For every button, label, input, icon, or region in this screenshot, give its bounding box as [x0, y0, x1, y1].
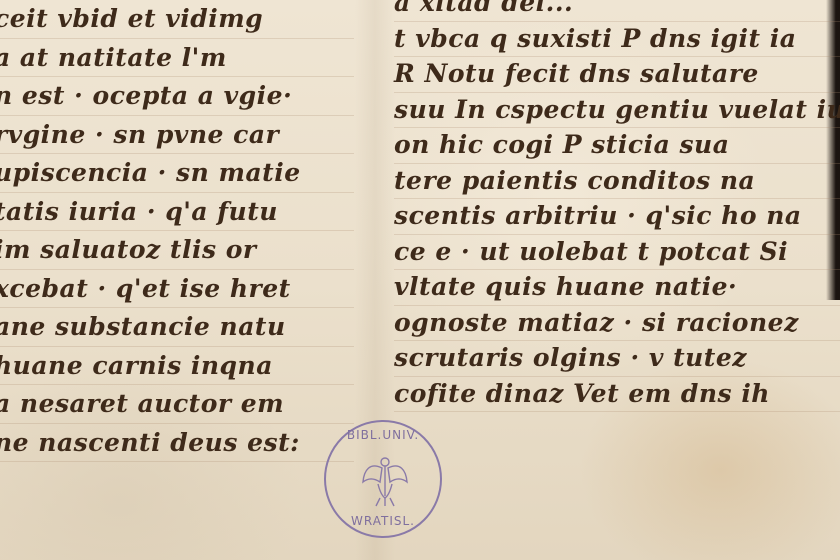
- library-stamp: BIBL.UNIV. WRATISL.: [324, 420, 442, 538]
- manuscript-line: cofite dinaz Vet em dns ih: [394, 377, 840, 413]
- manuscript-line: ognoste matiaz · si racionez: [394, 306, 840, 342]
- manuscript-line: a nesaret auctor em: [0, 385, 354, 424]
- manuscript-line: a xitad dei...: [394, 0, 840, 22]
- manuscript-line: ane substancie natu: [0, 308, 354, 347]
- manuscript-line: scentis arbitriu · q'sic ho na: [394, 199, 840, 235]
- manuscript-line: R Notu fecit dns salutare: [394, 57, 840, 93]
- manuscript-line: n est · ocepta a vgie·: [0, 77, 354, 116]
- left-text-column: ceit vbid et vidimg a at natitate l'm n …: [0, 0, 354, 462]
- manuscript-line: im saluatoz tlis or: [0, 231, 354, 270]
- manuscript-line: t vbca q suxisti P dns igit ia: [394, 22, 840, 58]
- manuscript-line: vltate quis huane natie·: [394, 270, 840, 306]
- stamp-bottom-text: WRATISL.: [326, 514, 440, 528]
- manuscript-line: a at natitate l'm: [0, 39, 354, 78]
- manuscript-line: ce e · ut uolebat t potcat Si: [394, 235, 840, 271]
- eagle-icon: [360, 452, 410, 510]
- manuscript-line: rvgine · sn pvne car: [0, 116, 354, 155]
- stamp-top-text: BIBL.UNIV.: [326, 428, 440, 442]
- manuscript-line: huane carnis inqna: [0, 347, 354, 386]
- manuscript-line: ceit vbid et vidimg: [0, 0, 354, 39]
- manuscript-line: tatis iuria · q'a futu: [0, 193, 354, 232]
- manuscript-line: on hic cogi P sticia sua: [394, 128, 840, 164]
- manuscript-line: upiscencia · sn matie: [0, 154, 354, 193]
- manuscript-line: tere paientis conditos na: [394, 164, 840, 200]
- manuscript-line: ne nascenti deus est:: [0, 424, 354, 463]
- manuscript-line: scrutaris olgins · v tutez: [394, 341, 840, 377]
- manuscript-line: xcebat · q'et ise hret: [0, 270, 354, 309]
- right-text-column: a xitad dei... t vbca q suxisti P dns ig…: [394, 0, 840, 412]
- manuscript-line: suu In cspectu gentiu vuelat ius: [394, 93, 840, 129]
